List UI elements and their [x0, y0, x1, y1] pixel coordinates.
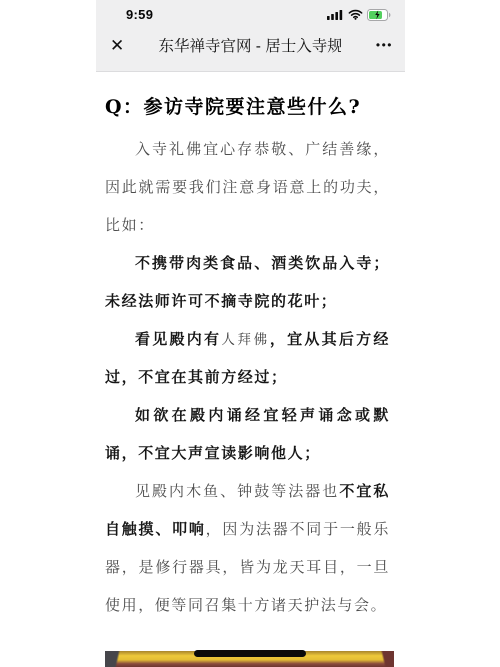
phone-screenshot: 9:59	[96, 0, 405, 667]
emphasis-text: 不携带肉类食品、酒类饮品入寺；未经法师许可不摘寺院的花叶；	[105, 255, 390, 310]
status-icons	[327, 9, 391, 21]
article-body: 入寺礼佛宜心存恭敬、广结善缘，因此就需要我们注意身语意上的功夫，比如：不携带肉类…	[105, 131, 390, 625]
browser-header: 9:59	[96, 0, 405, 72]
emphasis-text: 看见殿内有	[135, 331, 221, 348]
nav-bar: ✕ 东华禅寺官网 - 居士入寺规 •••	[96, 22, 405, 68]
body-text: 见殿内木鱼、钟鼓等法器也	[135, 483, 339, 500]
article-content: Q：参访寺院要注意些什么? 入寺礼佛宜心存恭敬、广结善缘，因此就需要我们注意身语…	[96, 72, 405, 667]
article-paragraph: 如欲在殿内诵经宜轻声诵念或默诵，不宜大声宣读影响他人；	[105, 397, 390, 473]
article-paragraph: 看见殿内有人拜佛，宜从其后方经过，不宜在其前方经过；	[105, 321, 390, 397]
signal-bars-icon	[327, 9, 344, 20]
emphasis-text: 如欲在殿内诵经宜轻声诵念或默诵，不宜大声宣读影响他人；	[105, 407, 390, 462]
article-paragraph: 见殿内木鱼、钟鼓等法器也不宜私自触摸、叩响，因为法器不同于一般乐器，是修行器具，…	[105, 473, 390, 625]
page-title: 东华禅寺官网 - 居士入寺规	[159, 34, 341, 56]
emphasis-text: 人拜佛	[221, 332, 270, 348]
wifi-icon	[348, 9, 363, 20]
article-paragraph: 入寺礼佛宜心存恭敬、广结善缘，因此就需要我们注意身语意上的功夫，比如：	[105, 131, 390, 245]
status-time: 9:59	[126, 7, 153, 22]
photo-dark-bar	[194, 650, 306, 657]
battery-charging-icon	[367, 9, 391, 21]
article-heading: Q：参访寺院要注意些什么?	[105, 92, 390, 119]
more-menu-icon[interactable]: •••	[365, 39, 393, 51]
status-bar: 9:59	[96, 0, 405, 22]
close-icon[interactable]: ✕	[110, 37, 134, 54]
article-paragraph: 不携带肉类食品、酒类饮品入寺；未经法师许可不摘寺院的花叶；	[105, 245, 390, 321]
article-photo[interactable]	[105, 651, 394, 667]
body-text: 入寺礼佛宜心存恭敬、广结善缘，因此就需要我们注意身语意上的功夫，比如：	[105, 141, 390, 234]
